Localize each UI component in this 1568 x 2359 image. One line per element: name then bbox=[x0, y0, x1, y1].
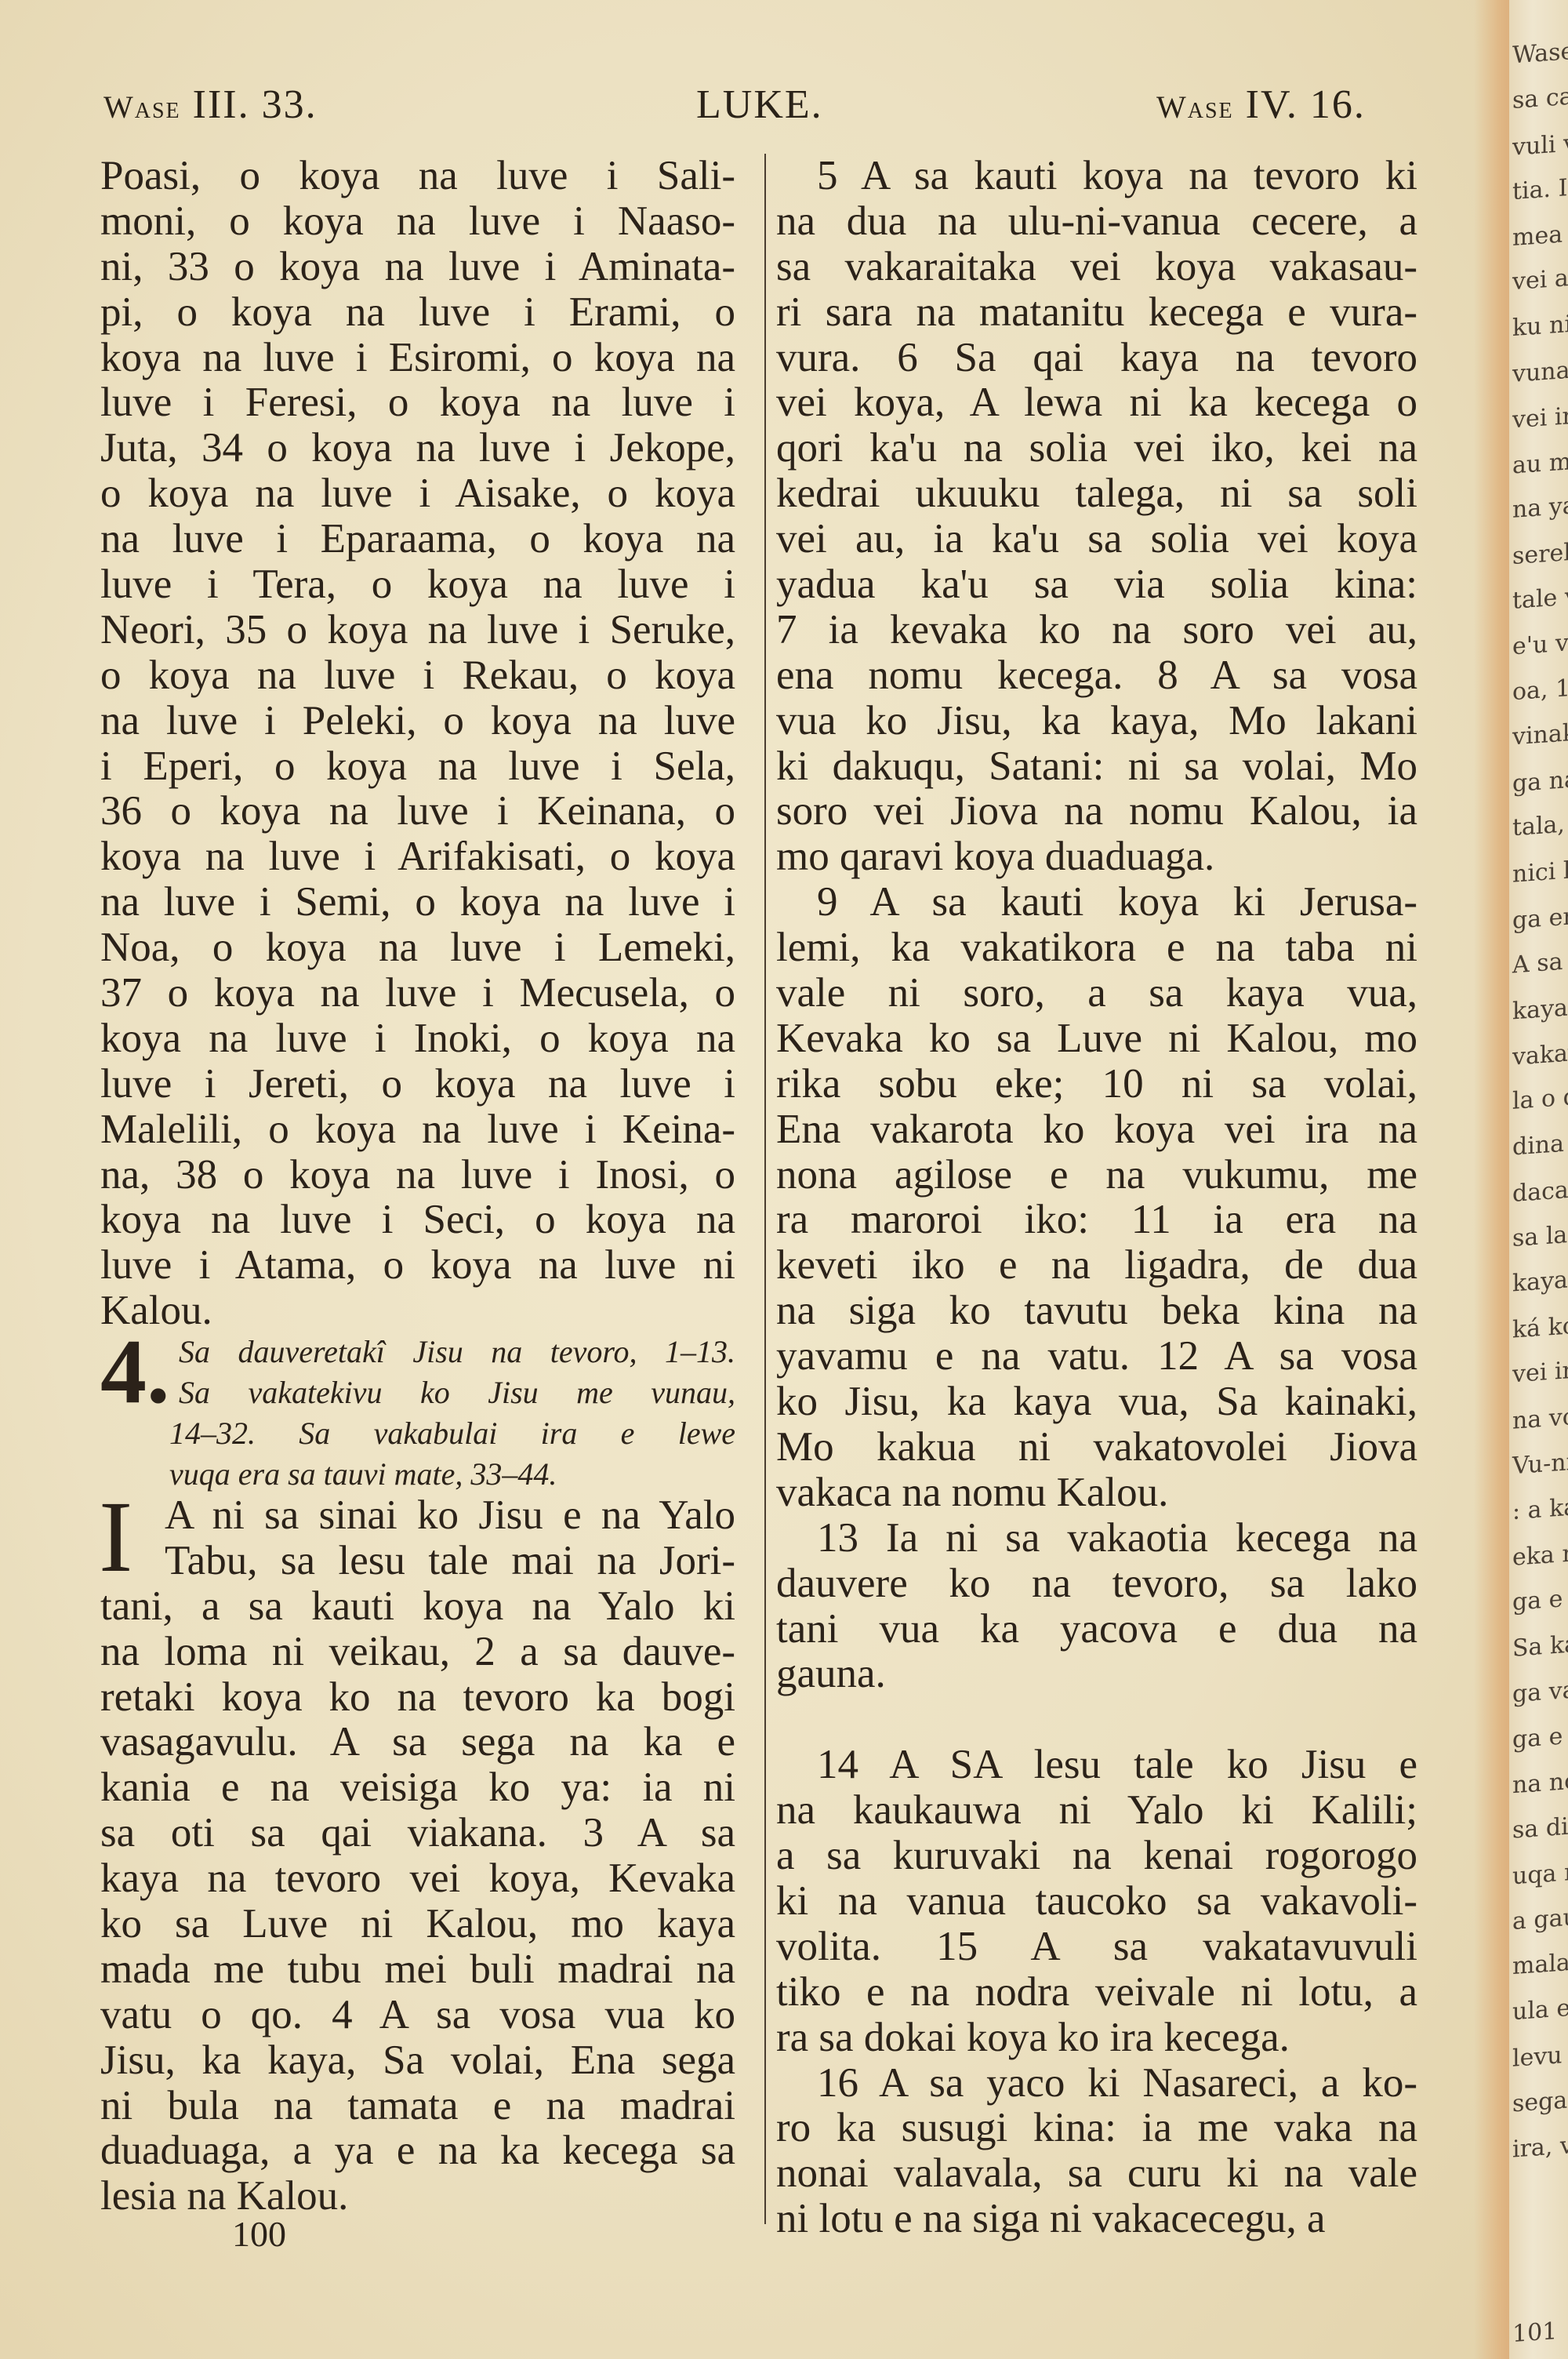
text-line: vua ko Jisu, ka kaya, Mo lakani bbox=[776, 699, 1417, 744]
adjacent-text-fragment: ga e na n bbox=[1512, 1583, 1568, 1615]
text-line: duaduaga, a ya e na ka kecega sa bbox=[100, 2128, 735, 2174]
summary-line: Sa vakatekivu ko Jisu me vunau, bbox=[179, 1372, 735, 1413]
adjacent-text-fragment: vei au bbox=[1512, 266, 1568, 294]
adjacent-text-fragment: vuli vua na bbox=[1512, 127, 1568, 160]
text-line: gauna. bbox=[776, 1652, 1417, 1697]
adjacent-text-fragment: Sa kaya tal bbox=[1512, 1628, 1568, 1661]
adjacent-text-fragment: sa dina vei bbox=[1512, 1810, 1568, 1842]
text-line: 9 A sa kauti koya ki Jerusa- bbox=[776, 880, 1417, 925]
text-line: qori ka'u na solia vei iko, kei na bbox=[776, 426, 1417, 471]
text-line: na, 38 o koya na luve i Inosi, o bbox=[100, 1153, 735, 1198]
adjacent-text-fragment: malagi ka bbox=[1512, 1947, 1568, 1979]
text-line: ni, 33 o koya na luve i Aminata- bbox=[100, 245, 735, 290]
adjacent-text-fragment: Vu-ni-wai, bbox=[1512, 1447, 1568, 1479]
text-line: sa vakaraitaka vei koya vakasau- bbox=[776, 245, 1417, 290]
text-line: ri sara na matanitu kecega e vura- bbox=[776, 290, 1417, 336]
adjacent-text-fragment: ká ko koya bbox=[1512, 1310, 1568, 1342]
text-line: ni lotu e na siga ni vakacecegu, a bbox=[776, 2197, 1417, 2242]
summary-line: Sa dauveretakî Jisu na tevoro, 1–13. bbox=[179, 1332, 735, 1372]
adjacent-text-fragment: : a ka kec bbox=[1512, 1492, 1568, 1524]
chapter-summary: 4. Sa dauveretakî Jisu na tevoro, 1–13.S… bbox=[100, 1332, 735, 1495]
text-line: pi, o koya na luve i Erami, o bbox=[100, 290, 735, 336]
text-line: i Eperi, o koya na luve i Sela, bbox=[100, 744, 735, 790]
adjacent-text-fragment: vinaka bbox=[1512, 721, 1568, 750]
column-divider bbox=[764, 154, 766, 2224]
adjacent-text-fragment: kaya, Sa bbox=[1512, 1266, 1568, 1296]
adjacent-text-fragment: vei ira k bbox=[1512, 1357, 1568, 1387]
text-line: kaya na tevoro vei koya, Kevaka bbox=[100, 1856, 735, 1902]
text-line: Mo kakua ni vakatovolei Jiova bbox=[776, 1425, 1417, 1470]
adjacent-text-fragment: ira, vua ga e bbox=[1512, 2128, 1568, 2161]
adjacent-text-fragment: vunautak bbox=[1512, 355, 1568, 387]
text-line: yadua ka'u sa via solia kina: bbox=[776, 562, 1417, 608]
summary-line: 14–32. Sa vakabulai ira e lewe bbox=[169, 1413, 735, 1454]
text-line: dauvere ko na tevoro, sa lako bbox=[776, 1561, 1417, 1607]
adjacent-text-fragment: oa, 19 n bbox=[1512, 674, 1568, 705]
adjacent-text-fragment: mea na ti bbox=[1512, 219, 1568, 250]
adjacent-text-fragment: na yalo bbox=[1512, 493, 1568, 522]
adjacent-text-fragment: sereki vei bbox=[1512, 537, 1568, 569]
text-line: koya na luve i Esiromi, o koya na bbox=[100, 336, 735, 381]
text-line: 37 o koya na luve i Mecusela, o bbox=[100, 971, 735, 1016]
text-line: soro vei Jiova na nomu Kalou, ia bbox=[776, 789, 1417, 834]
text-line: Jisu, ka kaya, Sa volai, Ena sega bbox=[100, 2038, 735, 2084]
chapter-number: 4. bbox=[100, 1325, 170, 1418]
text-line: na luve i Peleki, o koya na luve bbox=[100, 699, 735, 744]
text-line: 5 A sa kauti koya na tevoro ki bbox=[776, 154, 1417, 199]
text-line: luve i Feresi, o koya na luve i bbox=[100, 380, 735, 426]
adjacent-running-head: Wase IV. 17. bbox=[1512, 35, 1568, 68]
text-line: na dua na ulu-ni-vanua cecere, a bbox=[776, 199, 1417, 245]
text-line: Neori, 35 o koya na luve i Seruke, bbox=[100, 608, 735, 653]
text-line: Noa, o koya na luve i Lemeki, bbox=[100, 925, 735, 971]
adjacent-text-fragment: au mai me bbox=[1512, 445, 1568, 478]
text-line: koya na luve i Seci, o koya na bbox=[100, 1198, 735, 1243]
text-line: retaki koya ko na tevoro ka bogi bbox=[100, 1675, 735, 1721]
text-line: 36 o koya na luve i Keinana, o bbox=[100, 789, 735, 834]
adjacent-text-fragment: A sa vak bbox=[1512, 947, 1568, 978]
running-head-right-ref: IV. 16. bbox=[1234, 82, 1366, 127]
adjacent-text-fragment: tala, a bbox=[1512, 812, 1568, 841]
paragraph: 5 A sa kauti koya na tevoro kina dua na … bbox=[776, 154, 1417, 880]
text-line: vasagavulu. A sa sega na ka e bbox=[100, 1720, 735, 1765]
text-line: vei koya, A lewa ni ka kecega o bbox=[776, 380, 1417, 426]
adjacent-text-fragment: tale vei bbox=[1512, 583, 1568, 613]
text-line: sa oti sa qai viakana. 3 A sa bbox=[100, 1811, 735, 1856]
text-line: ni bula na tamata e na madrai bbox=[100, 2084, 735, 2129]
text-line: Kevaka ko sa Luve ni Kalou, mo bbox=[776, 1016, 1417, 1062]
text-line: ko sa Luve ni Kalou, mo kaya bbox=[100, 1902, 735, 1947]
text-line: tani, a sa kauti koya na Yalo ki bbox=[100, 1584, 735, 1630]
adjacent-text-fragment: sa cake bbox=[1512, 83, 1568, 113]
text-line: a sa kuruvaki na kenai rogorogo bbox=[776, 1834, 1417, 1879]
text-line: ro ka susugi kina: ia me vaka na bbox=[776, 2106, 1417, 2151]
left-column-chapter4: A ni sa sinai ko Jisu e na YaloTabu, sa … bbox=[100, 1493, 735, 2219]
paragraph: 14 A SA lesu tale ko Jisu ena kaukauwa n… bbox=[776, 1743, 1417, 2060]
right-column: 5 A sa kauti koya na tevoro kina dua na … bbox=[776, 154, 1417, 2242]
chapter-summary-lines: Sa dauveretakî Jisu na tevoro, 1–13.Sa v… bbox=[100, 1332, 735, 1495]
adjacent-text-fragment: ku ni sa bbox=[1512, 311, 1568, 340]
text-line: lemi, ka vakatikora e na taba ni bbox=[776, 925, 1417, 971]
adjacent-text-fragment: a gauna i Il bbox=[1512, 1901, 1568, 1934]
text-line: o koya na luve i Aisake, o koya bbox=[100, 471, 735, 517]
adjacent-text-fragment: ga vakaidin bbox=[1512, 1674, 1568, 1707]
text-line: ko Jisu, ka kaya vua, Sa kainaki, bbox=[776, 1379, 1417, 1425]
text-line: vakaca na nomu Kalou. bbox=[776, 1470, 1417, 1516]
text-line: luve i Jereti, o koya na luve i bbox=[100, 1062, 735, 1107]
text-line: volita. 15 A sa vakatavuvuli bbox=[776, 1925, 1417, 1970]
running-head-left: Wase III. 33. bbox=[103, 82, 318, 129]
text-line: Poasi, o koya na luve i Sali- bbox=[100, 154, 735, 199]
text-line: na loma ni veikau, 2 a sa dauve- bbox=[100, 1630, 735, 1675]
adjacent-text-fragment: tia. Ia n bbox=[1512, 174, 1568, 204]
text-line: 16 A sa yaco ki Nasareci, a ko- bbox=[776, 2061, 1417, 2106]
text-line: koya na luve i Inoki, o koya na bbox=[100, 1016, 735, 1062]
paragraph: 16 A sa yaco ki Nasareci, a ko-ro ka sus… bbox=[776, 2061, 1417, 2243]
text-line: Juta, 34 o koya na luve i Jekope, bbox=[100, 426, 735, 471]
running-head-left-ref: III. 33. bbox=[181, 82, 318, 127]
text-line: mada me tubu mei buli madrai na bbox=[100, 1947, 735, 1993]
text-line: tiko e na nodra veivale ni lotu, a bbox=[776, 1970, 1417, 2016]
text-line: keveti iko e na ligadra, de dua bbox=[776, 1243, 1417, 1289]
text-line: ra sa dokai koya ko ira kecega. bbox=[776, 2016, 1417, 2061]
text-line: ki na vanua taucoko sa vakavoli- bbox=[776, 1879, 1417, 1925]
text-line: na luve i Eparaama, o koya na bbox=[100, 517, 735, 562]
adjacent-text-fragment: vei ira era bbox=[1512, 401, 1568, 433]
adjacent-text-fragment: kaya vei ir bbox=[1512, 991, 1568, 1023]
text-line: nonai valavala, sa curu ki na vale bbox=[776, 2151, 1417, 2197]
text-line: 7 ia kevaka ko na soro vei au, bbox=[776, 608, 1417, 653]
text-line: Malelili, o koya na luve i Keina- bbox=[100, 1107, 735, 1153]
adjacent-text-fragment: ga nai vol bbox=[1512, 765, 1568, 796]
summary-line: vuqa era sa tauvi mate, 33–44. bbox=[169, 1454, 735, 1495]
text-line: vura. 6 Sa qai kaya na tevoro bbox=[776, 336, 1417, 381]
text-line: yavamu e na vatu. 12 A sa vosa bbox=[776, 1334, 1417, 1379]
text-line: ra maroroi iko: 11 ia era na bbox=[776, 1198, 1417, 1243]
text-line: nona agilose e na vukumu, me bbox=[776, 1153, 1417, 1198]
running-head-right: Wase IV. 16. bbox=[1156, 82, 1366, 129]
text-line: vatu o qo. 4 A sa vosa vua ko bbox=[100, 1993, 735, 2038]
text-line: ki dakuqu, Satani: ni sa volai, Mo bbox=[776, 744, 1417, 790]
text-line: Kalou. bbox=[100, 1289, 735, 1334]
adjacent-text-fragment: uqa na alew bbox=[1512, 1856, 1568, 1889]
text-line: Ena vakarota ko koya vei ira na bbox=[776, 1107, 1417, 1153]
text-line: kedrai ukuuku talega, ni sa soli bbox=[776, 471, 1417, 517]
paragraph: 9 A sa kauti koya ki Jerusa-lemi, ka vak… bbox=[776, 880, 1417, 1515]
paragraph: 13 Ia ni sa vakaotia kecega nadauvere ko… bbox=[776, 1516, 1417, 1698]
adjacent-text-fragment: sega ni talai bbox=[1512, 2083, 1568, 2117]
text-line: 14 A SA lesu tale ko Jisu e bbox=[776, 1743, 1417, 1788]
text-line: 13 Ia ni sa vakaotia kecega na bbox=[776, 1516, 1417, 1561]
book-page-left: Wase III. 33. LUKE. Wase IV. 16. Poasi, … bbox=[0, 0, 1513, 2359]
running-head-right-smallcaps: Wase bbox=[1156, 89, 1234, 125]
text-line: Tabu, sa lesu tale mai na Jori- bbox=[100, 1539, 735, 1584]
text-line: na siga ko tavutu beka kina na bbox=[776, 1289, 1417, 1334]
adjacent-text-fragment: la o qo. bbox=[1512, 1084, 1568, 1114]
text-line: lesia na Kalou. bbox=[100, 2174, 735, 2219]
text-line: kania e na veisiga ko ya: ia ni bbox=[100, 1765, 735, 1811]
text-line: rika sobu eke; 10 ni sa volai, bbox=[776, 1062, 1417, 1107]
text-line: koya na luve i Arifakisati, o koya bbox=[100, 834, 735, 880]
text-line: A ni sa sinai ko Jisu e na Yalo bbox=[100, 1493, 735, 1539]
text-line: o koya na luve i Rekau, o koya bbox=[100, 653, 735, 699]
text-line: moni, o koya na luve i Naaso- bbox=[100, 199, 735, 245]
adjacent-page-number: 101 bbox=[1512, 2320, 1557, 2346]
text-line: tani vua ka yacova e dua na bbox=[776, 1607, 1417, 1652]
adjacent-text-fragment: e'u vaka bbox=[1512, 629, 1568, 660]
left-column-genealogy: Poasi, o koya na luve i Sali-moni, o koy… bbox=[100, 154, 735, 1334]
text-line: luve i Tera, o koya na luve i bbox=[100, 562, 735, 608]
adjacent-text-fragment: ula e ono, bbox=[1512, 1993, 1568, 2024]
running-head-title: LUKE. bbox=[696, 82, 823, 129]
adjacent-text-fragment: eka mai Ka bbox=[1512, 1537, 1568, 1570]
adjacent-text-fragment: nici koya bbox=[1512, 856, 1568, 887]
running-head-left-smallcaps: Wase bbox=[103, 89, 181, 125]
page-number: 100 bbox=[232, 2213, 286, 2255]
text-line: mo qaravi koya duaduaga. bbox=[776, 834, 1417, 880]
text-line: vale ni soro, a sa kaya vua, bbox=[776, 971, 1417, 1016]
adjacent-text-fragment: sa lako m bbox=[1512, 1219, 1568, 1251]
text-line: na kaukauwa ni Yalo ki Kalili; bbox=[776, 1788, 1417, 1834]
adjacent-text-fragment: dacala e na bbox=[1512, 1173, 1568, 1206]
text-line: ena nomu kecega. 8 A sa vosa bbox=[776, 653, 1417, 699]
adjacent-text-fragment: vakayacori bbox=[1512, 1037, 1568, 1070]
adjacent-text-fragment: na nona var bbox=[1512, 1765, 1568, 1798]
adjacent-text-fragment: dina vua bbox=[1512, 1129, 1568, 1159]
adjacent-text-fragment: na vosatak bbox=[1512, 1401, 1568, 1433]
adjacent-text-fragment: levu na vanu bbox=[1512, 2037, 1568, 2071]
text-line: na luve i Semi, o koya na luve i bbox=[100, 880, 735, 925]
text-line: vei au, ia ka'u sa solia vei koya bbox=[776, 517, 1417, 562]
text-line: luve i Atama, o koya na luve ni bbox=[100, 1243, 735, 1289]
adjacent-text-fragment: ga era tiko bbox=[1512, 900, 1568, 932]
adjacent-page-sliver: Wase IV. 17.sa cakevuli vua natia. Ia nm… bbox=[1509, 0, 1568, 2359]
adjacent-text-fragment: ga e dua na bbox=[1512, 1719, 1568, 1752]
